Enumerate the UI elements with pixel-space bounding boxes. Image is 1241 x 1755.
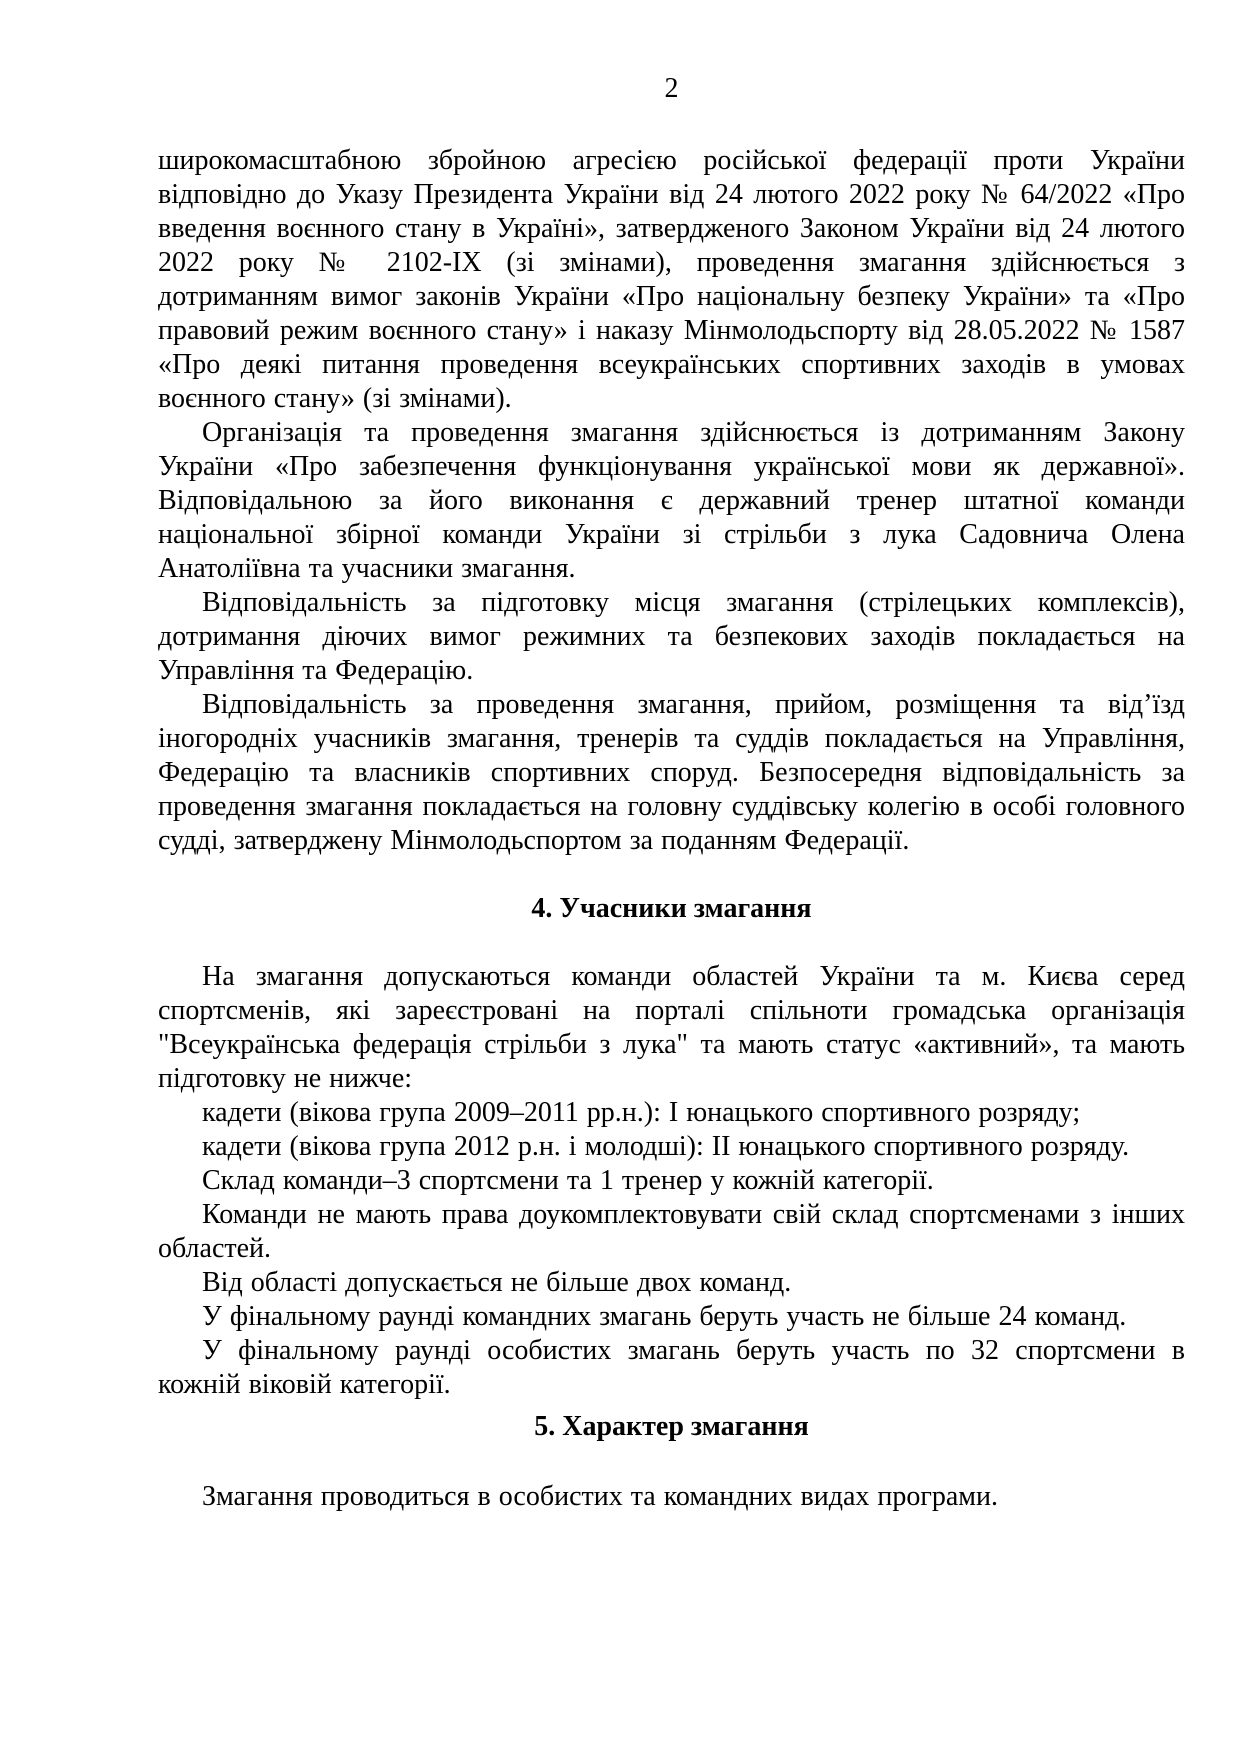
paragraph-team-composition: Склад команди–3 спортсмени та 1 тренер у… <box>158 1164 1185 1198</box>
paragraph-intro-continuation: широкомасштабною збройною агресією росій… <box>158 144 1185 416</box>
paragraph-region-limit: Від області допускається не більше двох … <box>158 1266 1185 1300</box>
section-heading-participants: 4. Учасники змагання <box>158 892 1185 926</box>
section-heading-character: 5. Характер змагання <box>158 1410 1185 1444</box>
paragraph-organization: Організація та проведення змагання здійс… <box>158 416 1185 586</box>
paragraph-cadets-2012: кадети (вікова група 2012 р.н. і молодші… <box>158 1130 1185 1164</box>
paragraph-character: Змагання проводиться в особистих та кома… <box>158 1480 1185 1514</box>
paragraph-team-final-round: У фінальному раунді командних змагань бе… <box>158 1300 1185 1334</box>
paragraph-admission: На змагання допускаються команди областе… <box>158 960 1185 1096</box>
document-page: 2 широкомасштабною збройною агресією рос… <box>0 0 1241 1755</box>
paragraph-cadets-2009-2011: кадети (вікова група 2009–2011 рр.н.): І… <box>158 1096 1185 1130</box>
paragraph-no-supplement: Команди не мають права доукомплектовуват… <box>158 1198 1185 1266</box>
paragraph-responsibility-conduct: Відповідальність за проведення змагання,… <box>158 688 1185 858</box>
page-number: 2 <box>158 72 1185 106</box>
paragraph-responsibility-venue: Відповідальність за підготовку місця зма… <box>158 586 1185 688</box>
paragraph-individual-final-round: У фінальному раунді особистих змагань бе… <box>158 1334 1185 1402</box>
